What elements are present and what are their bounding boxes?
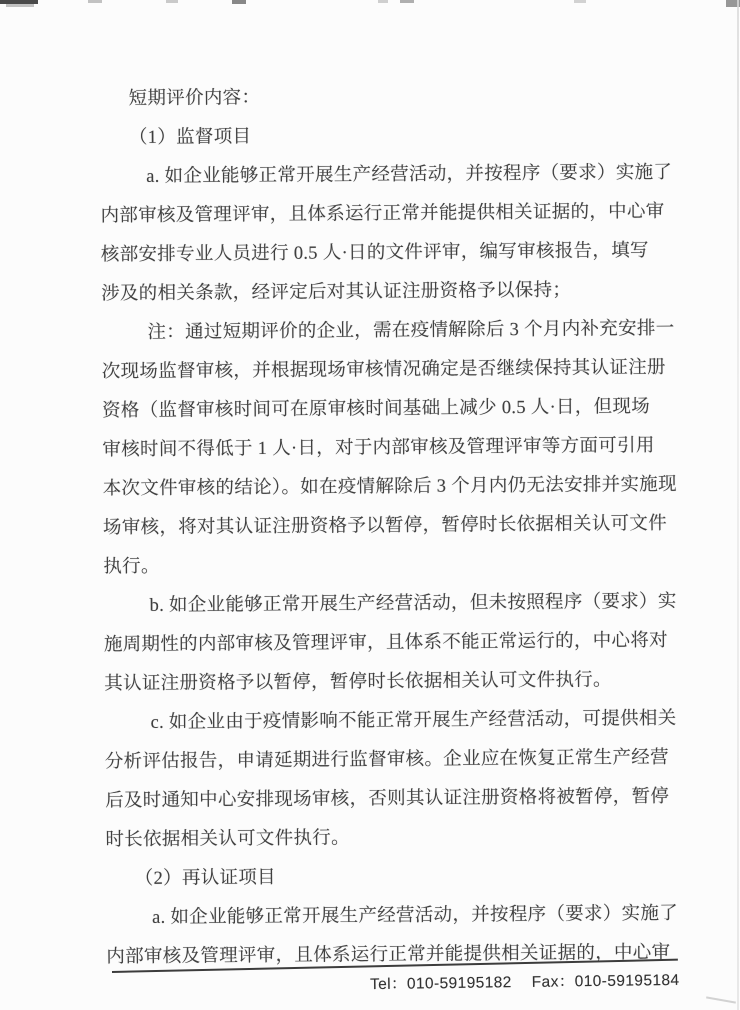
text-line: 其认证注册资格予以暂停，暂停时长依据相关认可文件执行。	[104, 661, 684, 705]
scan-artifact	[232, 0, 246, 4]
text-line: 分析评估报告，申请延期进行监督审核。企业应在恢复正常生产经营	[105, 739, 685, 783]
text-line: （2）再认证项目	[106, 856, 686, 900]
scan-artifact	[166, 0, 178, 3]
text-line: b. 如企业能够正常开展生产经营活动，但未按照程序（要求）实	[103, 583, 683, 627]
scan-artifact	[400, 0, 414, 3]
scan-artifact	[88, 0, 102, 3]
document-page: 短期评价内容：（1）监督项目a. 如企业能够正常开展生产经营活动，并按程序（要求…	[0, 0, 740, 1010]
scan-artifact	[0, 0, 38, 4]
fax-label: Fax：	[532, 973, 575, 991]
text-line: a. 如企业能够正常开展生产经营活动，并按程序（要求）实施了	[100, 154, 680, 198]
text-line: （1）监督项目	[100, 115, 680, 159]
text-line: 短期评价内容：	[99, 76, 679, 120]
tel-number: 010-59195182	[407, 974, 512, 992]
text-line: a. 如企业能够正常开展生产经营活动，并按程序（要求）实施了	[106, 895, 686, 939]
page-footer: Tel：010-59195182Fax：010-59195184	[370, 968, 680, 994]
scan-artifact	[574, 0, 586, 3]
text-line: 审核时间不得低于 1 人·日，对于内部审核及管理评审等方面可引用	[102, 427, 682, 471]
scan-artifact	[6, 4, 34, 7]
text-line: 执行。	[103, 544, 683, 588]
scan-artifact	[378, 0, 388, 3]
text-line: 内部审核及管理评审，且体系运行正常并能提供相关证据的，中心审	[100, 193, 680, 237]
text-line: c. 如企业由于疫情影响不能正常开展生产经营活动，可提供相关	[104, 700, 684, 744]
text-line: 涉及的相关条款，经评定后对其认证注册资格予以保持；	[101, 271, 681, 315]
document-content: 短期评价内容：（1）监督项目a. 如企业能够正常开展生产经营活动，并按程序（要求…	[99, 76, 686, 978]
text-line: 注：通过短期评价的企业，需在疫情解除后 3 个月内补充安排一	[101, 310, 681, 354]
text-line: 场审核，将对其认证注册资格予以暂停，暂停时长依据相关认可文件	[103, 505, 683, 549]
text-line: 施周期性的内部审核及管理评审，且体系不能正常运行的，中心将对	[104, 622, 684, 666]
fax-number: 010-59195184	[575, 972, 680, 990]
text-line: 本次文件审核的结论）。如在疫情解除后 3 个月内仍无法安排并实施现	[103, 466, 683, 510]
text-line: 资格（监督审核时间可在原审核时间基础上减少 0.5 人·日，但现场	[102, 388, 682, 432]
text-line: 后及时通知中心安排现场审核，否则其认证注册资格将被暂停，暂停	[105, 778, 685, 822]
text-line: 次现场监督审核，并根据现场审核情况确定是否继续保持其认证注册	[102, 349, 682, 393]
text-line: 时长依据相关认可文件执行。	[105, 817, 685, 861]
corner-scan-mark	[706, 996, 736, 1003]
text-line: 核部安排专业人员进行 0.5 人·日的文件评审，编写审核报告，填写	[101, 232, 681, 276]
page-edge-shadow	[737, 0, 739, 1010]
tel-label: Tel：	[370, 976, 407, 994]
